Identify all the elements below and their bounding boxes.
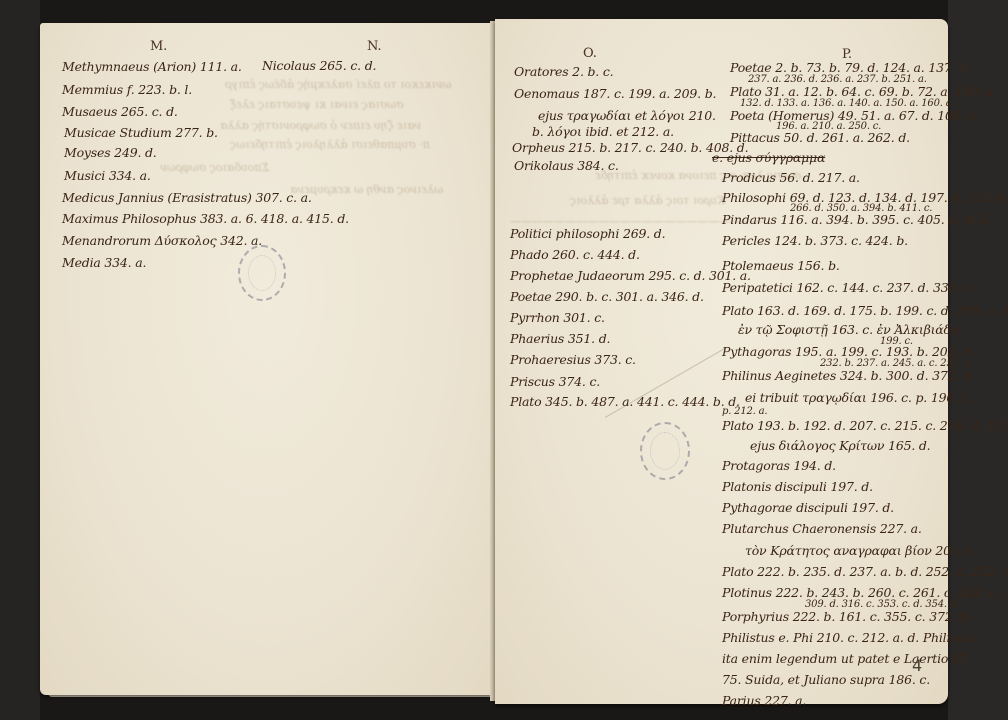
library-stamp-left <box>238 245 286 301</box>
index-entry: Ptolemaeus 156. b. <box>722 258 840 273</box>
index-entry: Pindarus 116. a. 394. b. 395. c. 405. d.… <box>722 212 991 227</box>
index-entry: Musicae Studium 277. b. <box>64 125 218 140</box>
index-entry: Protagoras 194. d. <box>722 458 836 473</box>
index-entry: τὸν Κράτητος αναγραφαι βίον 20c. b. <box>745 543 977 558</box>
index-entry: 75. Suida, et Juliano supra 186. c. <box>722 672 930 687</box>
index-entry: Oratores 2. b. c. <box>514 64 613 79</box>
index-entry: Prodicus 56. d. 217. a. <box>722 170 860 185</box>
index-entry: Pyrrhon 301. c. <box>510 310 605 325</box>
bleed-through-text: Σπουδαιος σωφρων <box>160 161 269 174</box>
stamp-inner-ring <box>650 432 680 470</box>
index-entry: Musici 334. a. <box>64 168 151 183</box>
index-entry: Priscus 374. c. <box>510 374 600 389</box>
column-letter-N: N. <box>367 39 381 54</box>
index-entry: Medicus Jannius (Erasistratus) 307. c. a… <box>62 190 312 205</box>
index-entry: Platonis discipuli 197. d. <box>722 479 873 494</box>
index-entry: Prohaeresius 373. c. <box>510 352 636 367</box>
index-entry: Phaerius 351. d. <box>510 331 610 346</box>
index-entry: ita enim legendum ut patet e Laertio VI. <box>722 651 969 666</box>
left-page: ωνικεκοι το πλεί σαλεκμὴς ἀδέως ἐπιγρ σω… <box>40 23 492 695</box>
index-entry: ei tribuit τραγῳδίαι 196. c. p. 196. c. <box>745 390 972 405</box>
index-entry: Peripatetici 162. c. 144. c. 237. d. 330… <box>722 280 974 295</box>
bleed-through-text: π· συμπαθεισι ἀλληλοις ἐπιτηδειως <box>230 138 430 151</box>
index-entry: Moyses 249. d. <box>64 145 157 160</box>
index-entry: Orikolaus 384. c. <box>514 158 619 173</box>
index-entry: ἐν τῷ Σοφιστῇ 163. c. ἐν Ἀλκιβιάδῃ <box>738 322 958 337</box>
bleed-through-text: Κυροι τοις ἀλλα τρε ἀλλοις <box>570 194 725 207</box>
index-entry: ejus διάλογος Κρίτων 165. d. <box>750 438 930 453</box>
index-entry: Pericles 124. b. 373. c. 424. b. <box>722 233 908 248</box>
index-entry: Plato 163. d. 169. d. 175. b. 199. c. d.… <box>722 303 1008 318</box>
index-entry: Politici philosophi 269. d. <box>510 226 665 241</box>
index-entry: Plotinus 222. b. 243. b. 260. c. 261. c.… <box>722 585 1000 600</box>
index-entry: Parius 227. a. <box>722 693 806 708</box>
index-entry: Nicolaus 265. c. d. <box>262 58 376 73</box>
index-entry: Poetae 290. b. c. 301. a. 346. d. <box>510 289 704 304</box>
index-entry: Pittacus 50. d. 261. a. 262. d. <box>730 130 910 145</box>
index-entry: b. λόγοι ibid. et 212. a. <box>532 124 674 139</box>
index-entry: Philinus Aeginetes 324. b. 300. d. 372. … <box>722 368 975 383</box>
index-entry: p. 212. a. <box>722 406 767 417</box>
index-entry: Porphyrius 222. b. 161. c. 355. c. 372. … <box>722 609 972 624</box>
index-entry: ejus τραγωδίαι et λόγοι 210. <box>538 108 716 123</box>
bleed-through-text: ωλεινος ανθη ω κεκρυμενα <box>290 183 443 196</box>
index-entry: Musaeus 265. c. d. <box>62 104 178 119</box>
index-entry: Plato 31. a. 12. b. 64. c. 69. b. 72. a.… <box>730 84 997 99</box>
index-entry: Pythagorae discipuli 197. d. <box>722 500 894 515</box>
index-entry-struck: e. ejus σύγγραμμα <box>712 150 825 165</box>
column-letter-O: O. <box>583 46 597 61</box>
index-entry: Prophetae Judaeorum 295. c. d. 301. a. <box>510 268 751 283</box>
stamp-inner-ring <box>248 255 276 291</box>
index-entry: Oenomaus 187. c. 199. a. 209. b. <box>514 86 716 101</box>
index-entry: Poetae 2. b. 73. b. 79. d. 124. a. 137. … <box>730 60 970 75</box>
index-entry: Maximus Philosophus 383. a. 6. 418. a. 4… <box>62 211 349 226</box>
index-entry: Plato 345. b. 487. a. 441. c. 444. b. d. <box>510 394 740 409</box>
index-entry: Menandrorum Δύσκολος 342. a. <box>62 233 262 248</box>
bleed-through-text: σωσιας ειναι κι ψευσταις ελεξ <box>230 98 404 111</box>
index-entry: Media 334. a. <box>62 255 146 270</box>
index-entry: Phado 260. c. 444. d. <box>510 247 640 262</box>
library-stamp-right <box>640 422 690 480</box>
index-entry: Pythagoras 195. a. 199. c. 193. b. 202. … <box>722 344 974 359</box>
bleed-through-text: ναιε ζηυ ειπεν ὁ σωφρονιστής αλλα <box>220 119 421 132</box>
folio-number: 4 <box>912 656 922 675</box>
index-entry: Methymnaeus (Arion) 111. a. <box>62 59 242 74</box>
index-entry: Plato 222. b. 235. d. 237. a. b. d. 252.… <box>722 564 1008 579</box>
index-entry: Plutarchus Chaeronensis 227. a. <box>722 521 922 536</box>
index-entry: Philistus e. Phi 210. c. 212. a. d. Phil… <box>722 630 977 645</box>
bleed-through-text: ωνικεκοι το πλεί σαλεκμὴς ἀδέως ἐπιγρ <box>225 78 451 91</box>
index-entry: Memmius f. 223. b. l. <box>62 82 192 97</box>
column-letter-M: M. <box>150 39 167 54</box>
index-entry: Plato 193. b. 192. d. 207. c. 215. c. 21… <box>722 418 1008 433</box>
background-left-strip <box>0 0 40 720</box>
